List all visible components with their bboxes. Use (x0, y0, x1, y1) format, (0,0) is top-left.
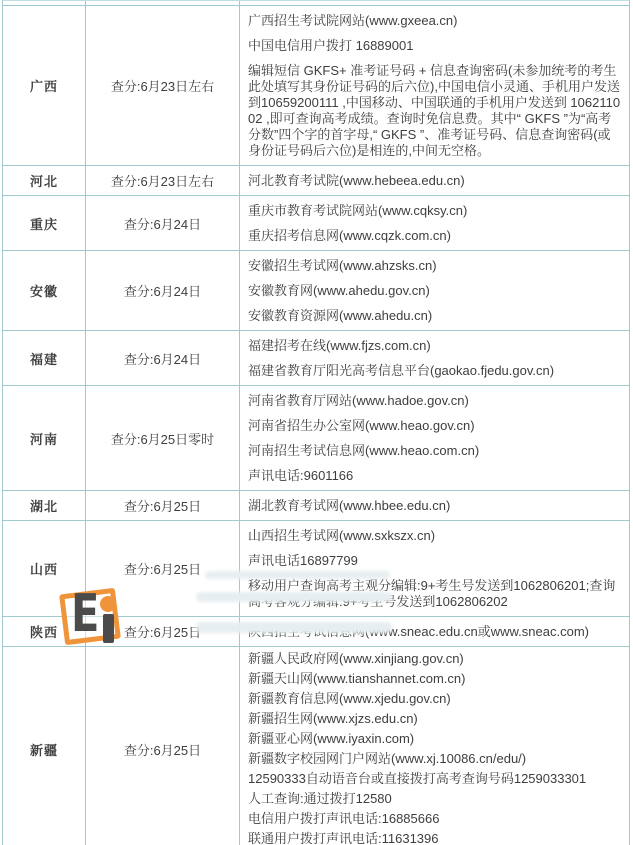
detail-line: 12590333自动语音台或直接拨打高考查询号码1259033301 (248, 771, 623, 787)
query-date-cell: 查分:6月25日 (85, 491, 240, 520)
province-cell: 新疆 (3, 647, 85, 845)
detail-line: 重庆市教育考试院网站(www.cqksy.cn) (248, 203, 623, 219)
query-date-cell: 查分:6月24日 (85, 331, 240, 385)
detail-line: 安徽招生考试网(www.ahzsks.cn) (248, 258, 623, 274)
detail-line: 河南省招生办公室网(www.heao.gov.cn) (248, 418, 623, 434)
detail-line: 声讯电话16897799 (248, 553, 623, 569)
detail-line: 福建省教育厅阳光高考信息平台(gaokao.fjedu.gov.cn) (248, 363, 623, 379)
detail-line: 河南招生考试信息网(www.heao.com.cn) (248, 443, 623, 459)
details-cell: 新疆人民政府网(www.xinjiang.gov.cn)新疆天山网(www.ti… (240, 647, 629, 845)
table-row-guangxi: 广西查分:6月23日左右广西招生考试院网站(www.gxeea.cn)中国电信用… (3, 5, 629, 165)
score-query-page: { "table": { "rows": [ { "id": "guangxi"… (0, 0, 633, 845)
details-cell: 山西招生考试网(www.sxkszx.cn)声讯电话16897799移动用户查询… (240, 521, 629, 616)
detail-line: 联通用户拨打声讯电话:11631396 (248, 831, 623, 845)
detail-line: 新疆数字校园网门户网站(www.xj.10086.cn/edu/) (248, 751, 623, 767)
detail-line: 新疆教育信息网(www.xjedu.gov.cn) (248, 691, 623, 707)
detail-line: 新疆人民政府网(www.xinjiang.gov.cn) (248, 651, 623, 667)
table-row-anhui: 安徽查分:6月24日安徽招生考试网(www.ahzsks.cn)安徽教育网(ww… (3, 250, 629, 330)
detail-line: 安徽教育网(www.ahedu.gov.cn) (248, 283, 623, 299)
details-cell: 重庆市教育考试院网站(www.cqksy.cn)重庆招考信息网(www.cqzk… (240, 196, 629, 250)
table-row-henan: 河南查分:6月25日零时河南省教育厅网站(www.hadoe.gov.cn)河南… (3, 385, 629, 490)
table-row-shanxi: 山西查分:6月25日山西招生考试网(www.sxkszx.cn)声讯电话1689… (3, 520, 629, 616)
table-row-hubei: 湖北查分:6月25日湖北教育考试网(www.hbee.edu.cn) (3, 490, 629, 520)
detail-line: 中国电信用户拨打 16889001 (248, 38, 623, 54)
province-cell: 陕西 (3, 617, 85, 646)
table-row-shaanxi: 陕西查分:6月25日陕西招生考试信息网(www.sneac.edu.cn或www… (3, 616, 629, 646)
query-date-cell: 查分:6月24日 (85, 196, 240, 250)
details-cell: 陕西招生考试信息网(www.sneac.edu.cn或www.sneac.com… (240, 617, 629, 646)
detail-line: 陕西招生考试信息网(www.sneac.edu.cn或www.sneac.com… (248, 624, 623, 640)
province-cell: 山西 (3, 521, 85, 616)
detail-line: 移动用户查询高考主观分编辑:9+考生号发送到1062806201;查询高考客观分… (248, 578, 623, 610)
details-cell: 福建招考在线(www.fjzs.com.cn)福建省教育厅阳光高考信息平台(ga… (240, 331, 629, 385)
details-cell: 广西招生考试院网站(www.gxeea.cn)中国电信用户拨打 16889001… (240, 6, 629, 165)
province-cell: 安徽 (3, 251, 85, 330)
details-cell: 湖北教育考试网(www.hbee.edu.cn) (240, 491, 629, 520)
detail-line: 山西招生考试网(www.sxkszx.cn) (248, 528, 623, 544)
detail-line: 新疆招生网(www.xjzs.edu.cn) (248, 711, 623, 727)
detail-line: 编辑短信 GKFS+ 准考证号码 + 信息查询密码(未参加统考的考生此处填写其身… (248, 63, 623, 159)
query-date-cell: 查分:6月24日 (85, 251, 240, 330)
table-row-chongqing: 重庆查分:6月24日重庆市教育考试院网站(www.cqksy.cn)重庆招考信息… (3, 195, 629, 250)
detail-line: 河北教育考试院(www.hebeea.edu.cn) (248, 173, 623, 189)
detail-line: 电信用户拨打声讯电话:16885666 (248, 811, 623, 827)
province-cell: 湖北 (3, 491, 85, 520)
detail-line: 广西招生考试院网站(www.gxeea.cn) (248, 13, 623, 29)
detail-line: 福建招考在线(www.fjzs.com.cn) (248, 338, 623, 354)
province-cell: 广西 (3, 6, 85, 165)
query-date-cell: 查分:6月23日左右 (85, 6, 240, 165)
query-date-cell: 查分:6月25日 (85, 647, 240, 845)
province-cell: 河南 (3, 386, 85, 490)
details-cell: 河南省教育厅网站(www.hadoe.gov.cn)河南省招生办公室网(www.… (240, 386, 629, 490)
query-date-cell: 查分:6月25日 (85, 521, 240, 616)
cutoff-row-sliver (3, 1, 629, 5)
province-cell: 重庆 (3, 196, 85, 250)
details-cell: 河北教育考试院(www.hebeea.edu.cn) (240, 166, 629, 195)
score-query-table: 广西查分:6月23日左右广西招生考试院网站(www.gxeea.cn)中国电信用… (2, 0, 630, 845)
query-date-cell: 查分:6月25日零时 (85, 386, 240, 490)
table-row-xinjiang: 新疆查分:6月25日新疆人民政府网(www.xinjiang.gov.cn)新疆… (3, 646, 629, 845)
detail-line: 新疆亚心网(www.iyaxin.com) (248, 731, 623, 747)
province-cell: 河北 (3, 166, 85, 195)
query-date-cell: 查分:6月23日左右 (85, 166, 240, 195)
table-row-fujian: 福建查分:6月24日福建招考在线(www.fjzs.com.cn)福建省教育厅阳… (3, 330, 629, 385)
province-cell: 福建 (3, 331, 85, 385)
detail-line: 人工查询:通过拨打12580 (248, 791, 623, 807)
detail-line: 安徽教育资源网(www.ahedu.cn) (248, 308, 623, 324)
detail-line: 湖北教育考试网(www.hbee.edu.cn) (248, 498, 623, 514)
table-row-hebei: 河北查分:6月23日左右河北教育考试院(www.hebeea.edu.cn) (3, 165, 629, 195)
detail-line: 新疆天山网(www.tianshannet.com.cn) (248, 671, 623, 687)
detail-line: 声讯电话:9601166 (248, 468, 623, 484)
query-date-cell: 查分:6月25日 (85, 617, 240, 646)
details-cell: 安徽招生考试网(www.ahzsks.cn)安徽教育网(www.ahedu.go… (240, 251, 629, 330)
detail-line: 河南省教育厅网站(www.hadoe.gov.cn) (248, 393, 623, 409)
detail-line: 重庆招考信息网(www.cqzk.com.cn) (248, 228, 623, 244)
